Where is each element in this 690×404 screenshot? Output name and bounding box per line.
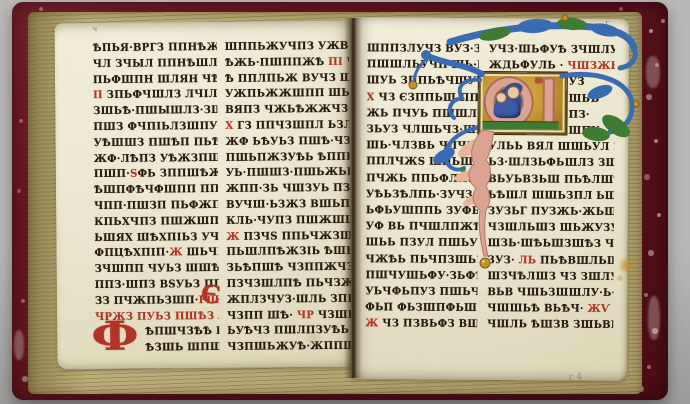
manuscript-text-line: ЬФЬУШППЬ ЗУФЬФПЗ xyxy=(366,205,478,218)
manuscript-text-line: УЧЗ·ШЬФУѢ ЗЧШЛУЖШЛ xyxy=(489,44,615,57)
manuscript-text-line: КЛЬ·ЧУПЗ ПШЖШШІ ЬЖ xyxy=(226,214,350,228)
madonna-face xyxy=(508,87,519,98)
manuscript-text-line: Ж ЧЗ ПЗВЬФЗ ВШѢЬФЬ xyxy=(365,318,477,331)
manuscript-text-line: ПШШЛЬУЧП ШЬ·ПШЛЬП xyxy=(367,59,479,72)
manuscript-text-line: ЗЬУЗ ЧЛШЬЧЗ·ШППУЗ xyxy=(366,124,478,137)
manuscript-text-line: ВЯПЗ ЧЖЬѢЖЖЧЗ·ВЯЛ xyxy=(225,104,349,118)
manuscript-text-line: ШЗЧѢЛШЗ ЧЗ ЗШЛУЗЬ· xyxy=(487,270,613,283)
manuscript-text-line: ЬЗ·ШЛЗЬФЬШЛЗ ЗШЛѢ xyxy=(488,157,614,170)
manuscript-text-line: ВЬУЬВЗЬШ ПЬѢЛШѢ·ШЬ xyxy=(488,173,614,186)
madonna-robe xyxy=(494,99,521,118)
manuscript-text-line: Х ГЗ ППЧЗШПЛ ЬЗЛШ· xyxy=(225,119,349,133)
manuscript-text-line: ВЬВ ЧШЬЗШШЛУ·Ь·ВШЛЗ xyxy=(487,287,613,300)
manuscript-text-line: УЬ·ПШШЗ·ПШЬЖЬПЗ ѢЬ xyxy=(226,167,350,181)
manuscript-text-line: ФПЦѢХПІП·Ж ШЬЧПЗ xyxy=(94,247,218,261)
manuscript-text-line: ПЧЖЬ ППЬФЛПЗУѢ·ЬЖ xyxy=(366,172,478,185)
gutter-shadow xyxy=(344,18,362,378)
manuscript-text-line: ѢПШЧЗѢѢ ПЗ xyxy=(145,326,219,339)
manuscript-text-line: ЖПП·ЗЬ ЧШЗУЬ ПЗШЛЬ xyxy=(226,183,350,197)
folio-mark-right: г xyxy=(605,19,609,27)
folio-mark-left: ч xyxy=(93,25,98,33)
manuscript-text-line: ЧЗПП ШѢ· ЧР ЧЗШШЛ xyxy=(227,309,351,323)
manuscript-text-line: ШППЗЛУЧЗ ВУЗ·ЗШПЅ xyxy=(367,43,479,56)
manuscript-text-line: ѢЗШЬ ШПШѢШЧѢЬ· xyxy=(145,342,219,355)
cover-worn-patch xyxy=(646,56,660,88)
manuscript-text-line: ЬШЯХ ШѢХПІЬЗ УЧШП xyxy=(94,231,218,245)
manuscript-text-line: УЗ xyxy=(569,77,615,90)
manuscript-text-line: ШПУ xyxy=(568,125,614,138)
manuscript-text-line: УЬЧФЬПУЗ ПШЬЧЬФШЛ xyxy=(365,286,477,299)
manuscript-text-line: УФ ВЬ ПЧШЛПЖѢЬ·ЬУЗ xyxy=(366,221,478,234)
right-page: г ШППЗЛУЧЗ ВУЗ·ЗШПЅПШШЛЬУЧП ШЬ·ПШЛЬПШУЬ … xyxy=(351,17,630,381)
manuscript-text-line: ПЗЧЗШЛПѢ ПЬЧЗЖЬЧЗ xyxy=(227,277,351,291)
manuscript-text-line: ШЗЬ·ШѢЬШЗШѢЗ ЧЬЗ xyxy=(488,238,614,251)
manuscript-text-line: ППЛЧЖЅ ШПЬШЛЧЛЗУЬ xyxy=(366,156,478,169)
manuscript-text-line: ЧЖѢЬ ПЬЧПЗШЬЗПУФЬ xyxy=(366,253,478,266)
manuscript-text-line: ЬѢШЛ ШШЬЗПЛ ЬШЛВ З xyxy=(488,189,614,202)
manuscript-text-line: ШЬЬ ПЗУЛ ПШЬУЬУѢЗ xyxy=(366,237,478,250)
red-corner-accent xyxy=(535,77,543,83)
manuscript-text-line: ѢПЬЯ·ВРГЗ ППНѢЖРЯ xyxy=(93,42,217,56)
manuscript-text-line: КПЬХЧПЗ ПШЖШПІ УЧЫЛ xyxy=(94,215,218,229)
cover-worn-patch xyxy=(14,330,24,360)
manuscript-text-line: ЗЬѢПШѢ ЧЗППЖЧЗУѢ xyxy=(227,262,351,276)
manuscript-text-line: ПЬФШПН ШЛЯН ЧѢЖШПГ· xyxy=(93,73,217,87)
manuscript-text-line: УЛЬЬ ВЯЛ ШШЬУЛ ЗШЛЗ xyxy=(488,141,614,154)
manuscript-text-line: ЖФ·ЛѢПЗ УѢЖЗПШѢ xyxy=(94,152,218,166)
gold-stain xyxy=(618,256,635,275)
manuscript-text-line: УѢЬЗѢЛПЬ·ЗУЧЗ·ЖЗ xyxy=(366,189,478,202)
manuscript-text-line: ПЗ· xyxy=(569,109,615,122)
manuscript-text-line: ПШЬПЖЗУѢЬ ѢППЬППЬВ xyxy=(226,151,350,165)
manuscript-text-line: ФЬП ФЬЗШПФЬШЗЛ ШЬФ· xyxy=(365,302,477,315)
manuscript-text-line: ВУЧШ·ЬЗЖЗ ВШЬПЬУЗ xyxy=(226,198,350,212)
panel-green-base xyxy=(482,121,558,130)
manuscript-text-line: УѢШШЗ ПШѢП ПЬѢВПК xyxy=(93,136,217,150)
manuscript-text-line: ЖФ ЬѢУЬЗ ПШѢ·ЧЗППЬ xyxy=(225,135,349,149)
manuscript-text-line: ЧШШЬѢ ВЬѢЧ· ЖѴ ВУѢ xyxy=(487,303,613,316)
manuscript-text-line: Х ЧЗ ЄЗППЬШ ППЧУЧЗ xyxy=(367,91,479,104)
manuscript-text-line: П ЗПЬФЧШЛЗ ЛЧІЛЗ xyxy=(93,89,217,103)
manuscript-text-line: ШЬ·ЧЛЗВЬ ЧЛЧШЬ ЬЖ xyxy=(366,140,478,153)
large-red-initial: Ф xyxy=(91,313,139,360)
pencil-inscription: г 4 xyxy=(568,372,582,381)
manuscript-text-line: ПШП·ЅФЬ ЗППШѢЖЯ УѢ xyxy=(94,168,218,182)
manuscript-text-line: ПЬШЛПѢЖЗІЬ ѢШЬ·ЗПП xyxy=(226,246,350,260)
manuscript-text-line: ЗУЗЬГ ПУЗЖЬ·ЖЬШЛЗ Ж xyxy=(488,206,614,219)
illuminated-initial-panel xyxy=(478,72,566,135)
manuscript-text-line: ШППЬЖУЧПЗ УЖВШ ЗѢШ· xyxy=(225,40,349,54)
manuscript-text-line: Ѣ ППЛПЬЖ ВУЧЗ ШЛВЬ xyxy=(225,72,349,86)
cover-wear-speckles xyxy=(0,0,2,2)
manuscript-text-line: ЖЬ ПЧУЬ ПШШЛППЬУЗЬ xyxy=(367,108,479,121)
manuscript-text-line: ѢЖЬ·ПШППЖѢ ПІ ЧЅЬ xyxy=(225,56,349,70)
manuscript-text-line: ЖПЛЗЧУЗ·ШЛЬ ЗПШЬЖ xyxy=(227,293,351,307)
manuscript-text-line: Ж ПЗЧЅ ППЬЧЖЗШЅ ЗШП xyxy=(226,230,350,244)
manuscript-text-line: ЗЧШПП ЧУЬЗ ШШѢУЗ xyxy=(95,263,219,277)
parchment-smudge xyxy=(300,330,326,344)
cover-worn-patch xyxy=(648,296,660,340)
manuscript-text-line: ЧПП·ПШЗП ПЬФЖПЗ·ЛПП xyxy=(94,200,218,214)
manuscript-text-line: ѢШПФѢЧФШПП ПППЬГЗЬ xyxy=(94,184,218,198)
photo-stage: ч ѢПЬЯ·ВРГЗ ППНѢЖРЯЧЛ ЗЧЫЛ ППНѢШЛВЯЛ·ПЬФ… xyxy=(0,0,690,404)
gold-stain-small xyxy=(616,274,624,282)
manuscript-text-line: ШУЬ ЗППЬѢЧШУЧЗ ѢШ· xyxy=(367,75,479,88)
initial-letter-stem xyxy=(543,77,555,125)
manuscript-text-line: ЧШЛЬ ѢШЗВ ЗШЬВШЗ xyxy=(487,319,613,332)
manuscript-text-line: ПШЗ ФЧПІЬЛЗШПУФ·ВЯ xyxy=(93,121,217,135)
manuscript-text-line: УЖПЬЖЖШПП ШЬУЗЛЬ xyxy=(225,88,349,102)
christ-child-face xyxy=(497,93,506,102)
manuscript-text-line: ШЬѢ xyxy=(569,93,615,106)
manuscript-text-line: ЗШЬѢ·ПШЫШЛЗ·ЗШЬФЬ xyxy=(93,105,217,119)
manuscript-text-line: ПШЧУШЬФУ·ЗЬФѢЬ·ЬУ xyxy=(365,270,477,283)
manuscript-text-line: ЬУѢЧЗ ПШЛПЗУѢЬ ЖѢ xyxy=(227,325,351,339)
manuscript-text-line: ЧЛ ЗЧЫЛ ППНѢШЛВЯЛ· xyxy=(93,57,217,71)
manuscript-text-line: ЧЗШЛЬШЗ ШЬЖУЗУЗ ВЬ xyxy=(488,222,614,235)
manuscript-text-line: ЗУЗ· ЛЬ ПЬѢВШЛЬШЛЗ xyxy=(488,254,614,267)
left-page: ч ѢПЬЯ·ВРГЗ ППНѢЖРЯЧЛ ЗЧЫЛ ППНѢШЛВЯЛ·ПЬФ… xyxy=(54,21,353,370)
red-flourish-letter: Є xyxy=(200,279,223,310)
manuscript-text-line: ЧЗПШЬЖУѢ·ЖППШЧЗЧ xyxy=(227,341,351,355)
